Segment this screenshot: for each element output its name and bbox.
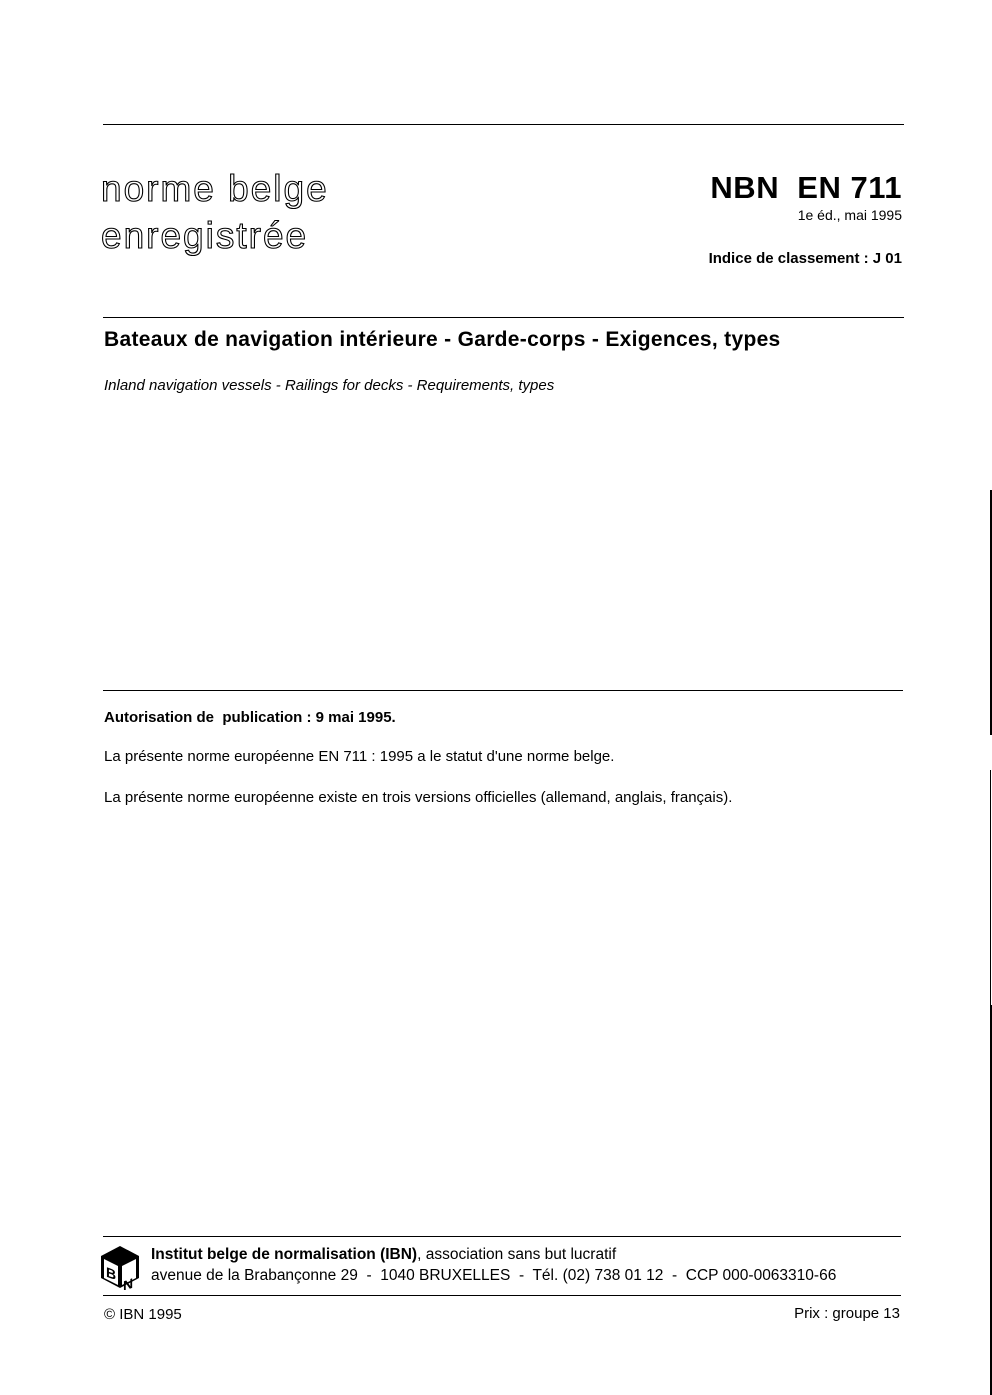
paragraph: La présente norme européenne existe en t… (104, 789, 732, 806)
classification-index: Indice de classement : J 01 (709, 250, 902, 267)
title-rule (103, 317, 904, 318)
edition: 1e éd., mai 1995 (798, 207, 902, 223)
registered-standard-label: norme belge enregistrée (101, 165, 329, 259)
standard-code: NBN EN 711 (710, 170, 902, 206)
institute-address: avenue de la Brabançonne 29 - 1040 BRUXE… (151, 1267, 836, 1285)
institute-name-line: Institut belge de normalisation (IBN), a… (151, 1246, 616, 1264)
label-line-2: enregistrée (101, 212, 329, 259)
ibn-cube-logo-icon: B N (99, 1244, 141, 1290)
institute-name: Institut belge de normalisation (IBN) (151, 1246, 417, 1263)
copyright: © IBN 1995 (104, 1306, 182, 1323)
label-line-1: norme belge (101, 165, 329, 212)
price-group: Prix : groupe 13 (794, 1305, 900, 1322)
title-english: Inland navigation vessels - Railings for… (104, 377, 554, 394)
title-french: Bateaux de navigation intérieure - Garde… (104, 328, 781, 352)
paragraph: La présente norme européenne EN 711 : 19… (104, 748, 614, 765)
authorization-line: Autorisation de publication : 9 mai 1995… (104, 709, 396, 726)
footer-top-rule (103, 1236, 901, 1237)
top-rule (103, 124, 904, 125)
institute-suffix: , association sans but lucratif (417, 1246, 616, 1263)
body-rule (103, 690, 903, 691)
footer-bottom-rule (103, 1295, 901, 1296)
